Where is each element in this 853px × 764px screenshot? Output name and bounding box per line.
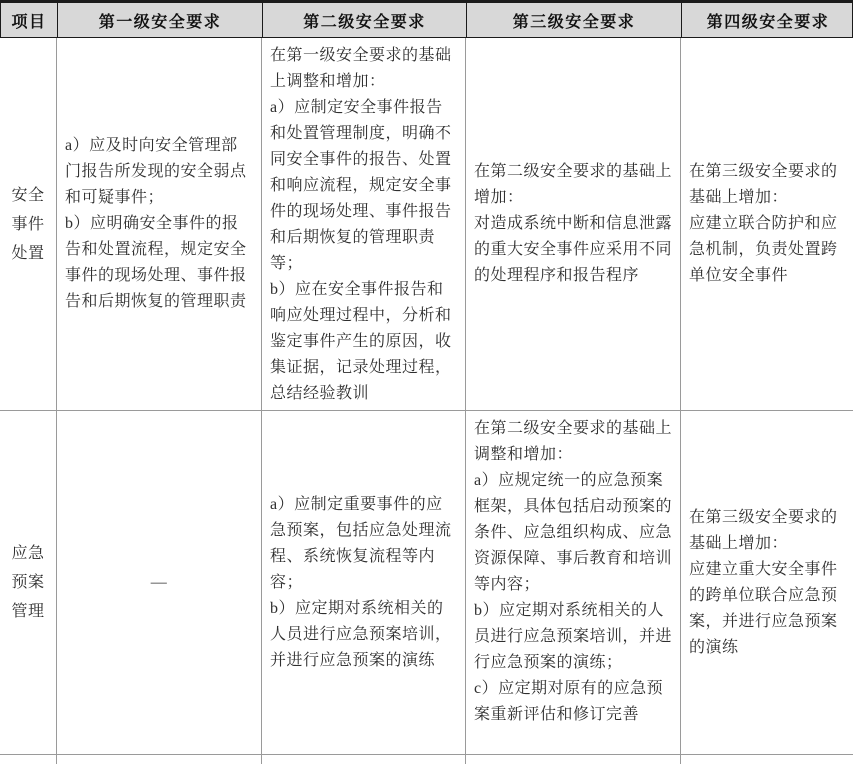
security-requirements-table-page: 项目 第一级安全要求 第二级安全要求 第三级安全要求 第四级安全要求 安全 事件… <box>0 0 853 764</box>
cell-empty <box>57 755 262 764</box>
level2-requirements-text: 在第一级安全要求的基础上调整和增加： a）应制定安全事件报告和处置管理制度，明确… <box>270 43 457 407</box>
item-name-text: 安全 事件 处置 <box>2 181 54 268</box>
table-row-partial <box>0 755 853 764</box>
level1-requirements-text: a）应及时向安全管理部门报告所发现的安全弱点和可疑事件； b）应明确安全事件的报… <box>65 133 253 315</box>
table-row-emergency-plan-management: 应急 预案 管理 — a）应制定重要事件的应急预案，包括应急处理流程、系统恢复流… <box>0 411 853 755</box>
column-header-item: 项目 <box>1 3 58 37</box>
level4-requirements-text: 在第三级安全要求的基础上增加： 应建立联合防护和应急机制，负责处置跨单位安全事件 <box>689 159 845 289</box>
cell-empty <box>466 755 681 764</box>
level1-requirements-text: — <box>65 570 253 596</box>
cell-item-name: 应急 预案 管理 <box>0 411 57 754</box>
cell-level1-requirements: a）应及时向安全管理部门报告所发现的安全弱点和可疑事件； b）应明确安全事件的报… <box>57 38 262 410</box>
cell-empty <box>681 755 853 764</box>
column-header-level2: 第二级安全要求 <box>263 3 467 37</box>
cell-level3-requirements: 在第二级安全要求的基础上调整和增加： a）应规定统一的应急预案框架，具体包括启动… <box>466 411 681 754</box>
level3-requirements-text: 在第二级安全要求的基础上增加： 对造成系统中断和信息泄露的重大安全事件应采用不同… <box>474 159 672 289</box>
table-row-security-incident-handling: 安全 事件 处置 a）应及时向安全管理部门报告所发现的安全弱点和可疑事件； b）… <box>0 38 853 411</box>
level2-requirements-text: a）应制定重要事件的应急预案，包括应急处理流程、系统恢复流程等内容； b）应定期… <box>270 492 457 674</box>
column-header-level1: 第一级安全要求 <box>58 3 263 37</box>
cell-level3-requirements: 在第二级安全要求的基础上增加： 对造成系统中断和信息泄露的重大安全事件应采用不同… <box>466 38 681 410</box>
cell-empty <box>0 755 57 764</box>
cell-level1-requirements: — <box>57 411 262 754</box>
item-name-text: 应急 预案 管理 <box>2 539 54 626</box>
cell-level2-requirements: 在第一级安全要求的基础上调整和增加： a）应制定安全事件报告和处置管理制度，明确… <box>262 38 466 410</box>
cell-level2-requirements: a）应制定重要事件的应急预案，包括应急处理流程、系统恢复流程等内容； b）应定期… <box>262 411 466 754</box>
level4-requirements-text: 在第三级安全要求的基础上增加： 应建立重大安全事件的跨单位联合应急预案，并进行应… <box>689 505 845 661</box>
column-header-level4: 第四级安全要求 <box>682 3 853 37</box>
table-header-row: 项目 第一级安全要求 第二级安全要求 第三级安全要求 第四级安全要求 <box>0 3 853 38</box>
level3-requirements-text: 在第二级安全要求的基础上调整和增加： a）应规定统一的应急预案框架，具体包括启动… <box>474 416 672 728</box>
column-header-level3: 第三级安全要求 <box>467 3 682 37</box>
cell-level4-requirements: 在第三级安全要求的基础上增加： 应建立联合防护和应急机制，负责处置跨单位安全事件 <box>681 38 853 410</box>
cell-level4-requirements: 在第三级安全要求的基础上增加： 应建立重大安全事件的跨单位联合应急预案，并进行应… <box>681 411 853 754</box>
cell-empty <box>262 755 466 764</box>
cell-item-name: 安全 事件 处置 <box>0 38 57 410</box>
